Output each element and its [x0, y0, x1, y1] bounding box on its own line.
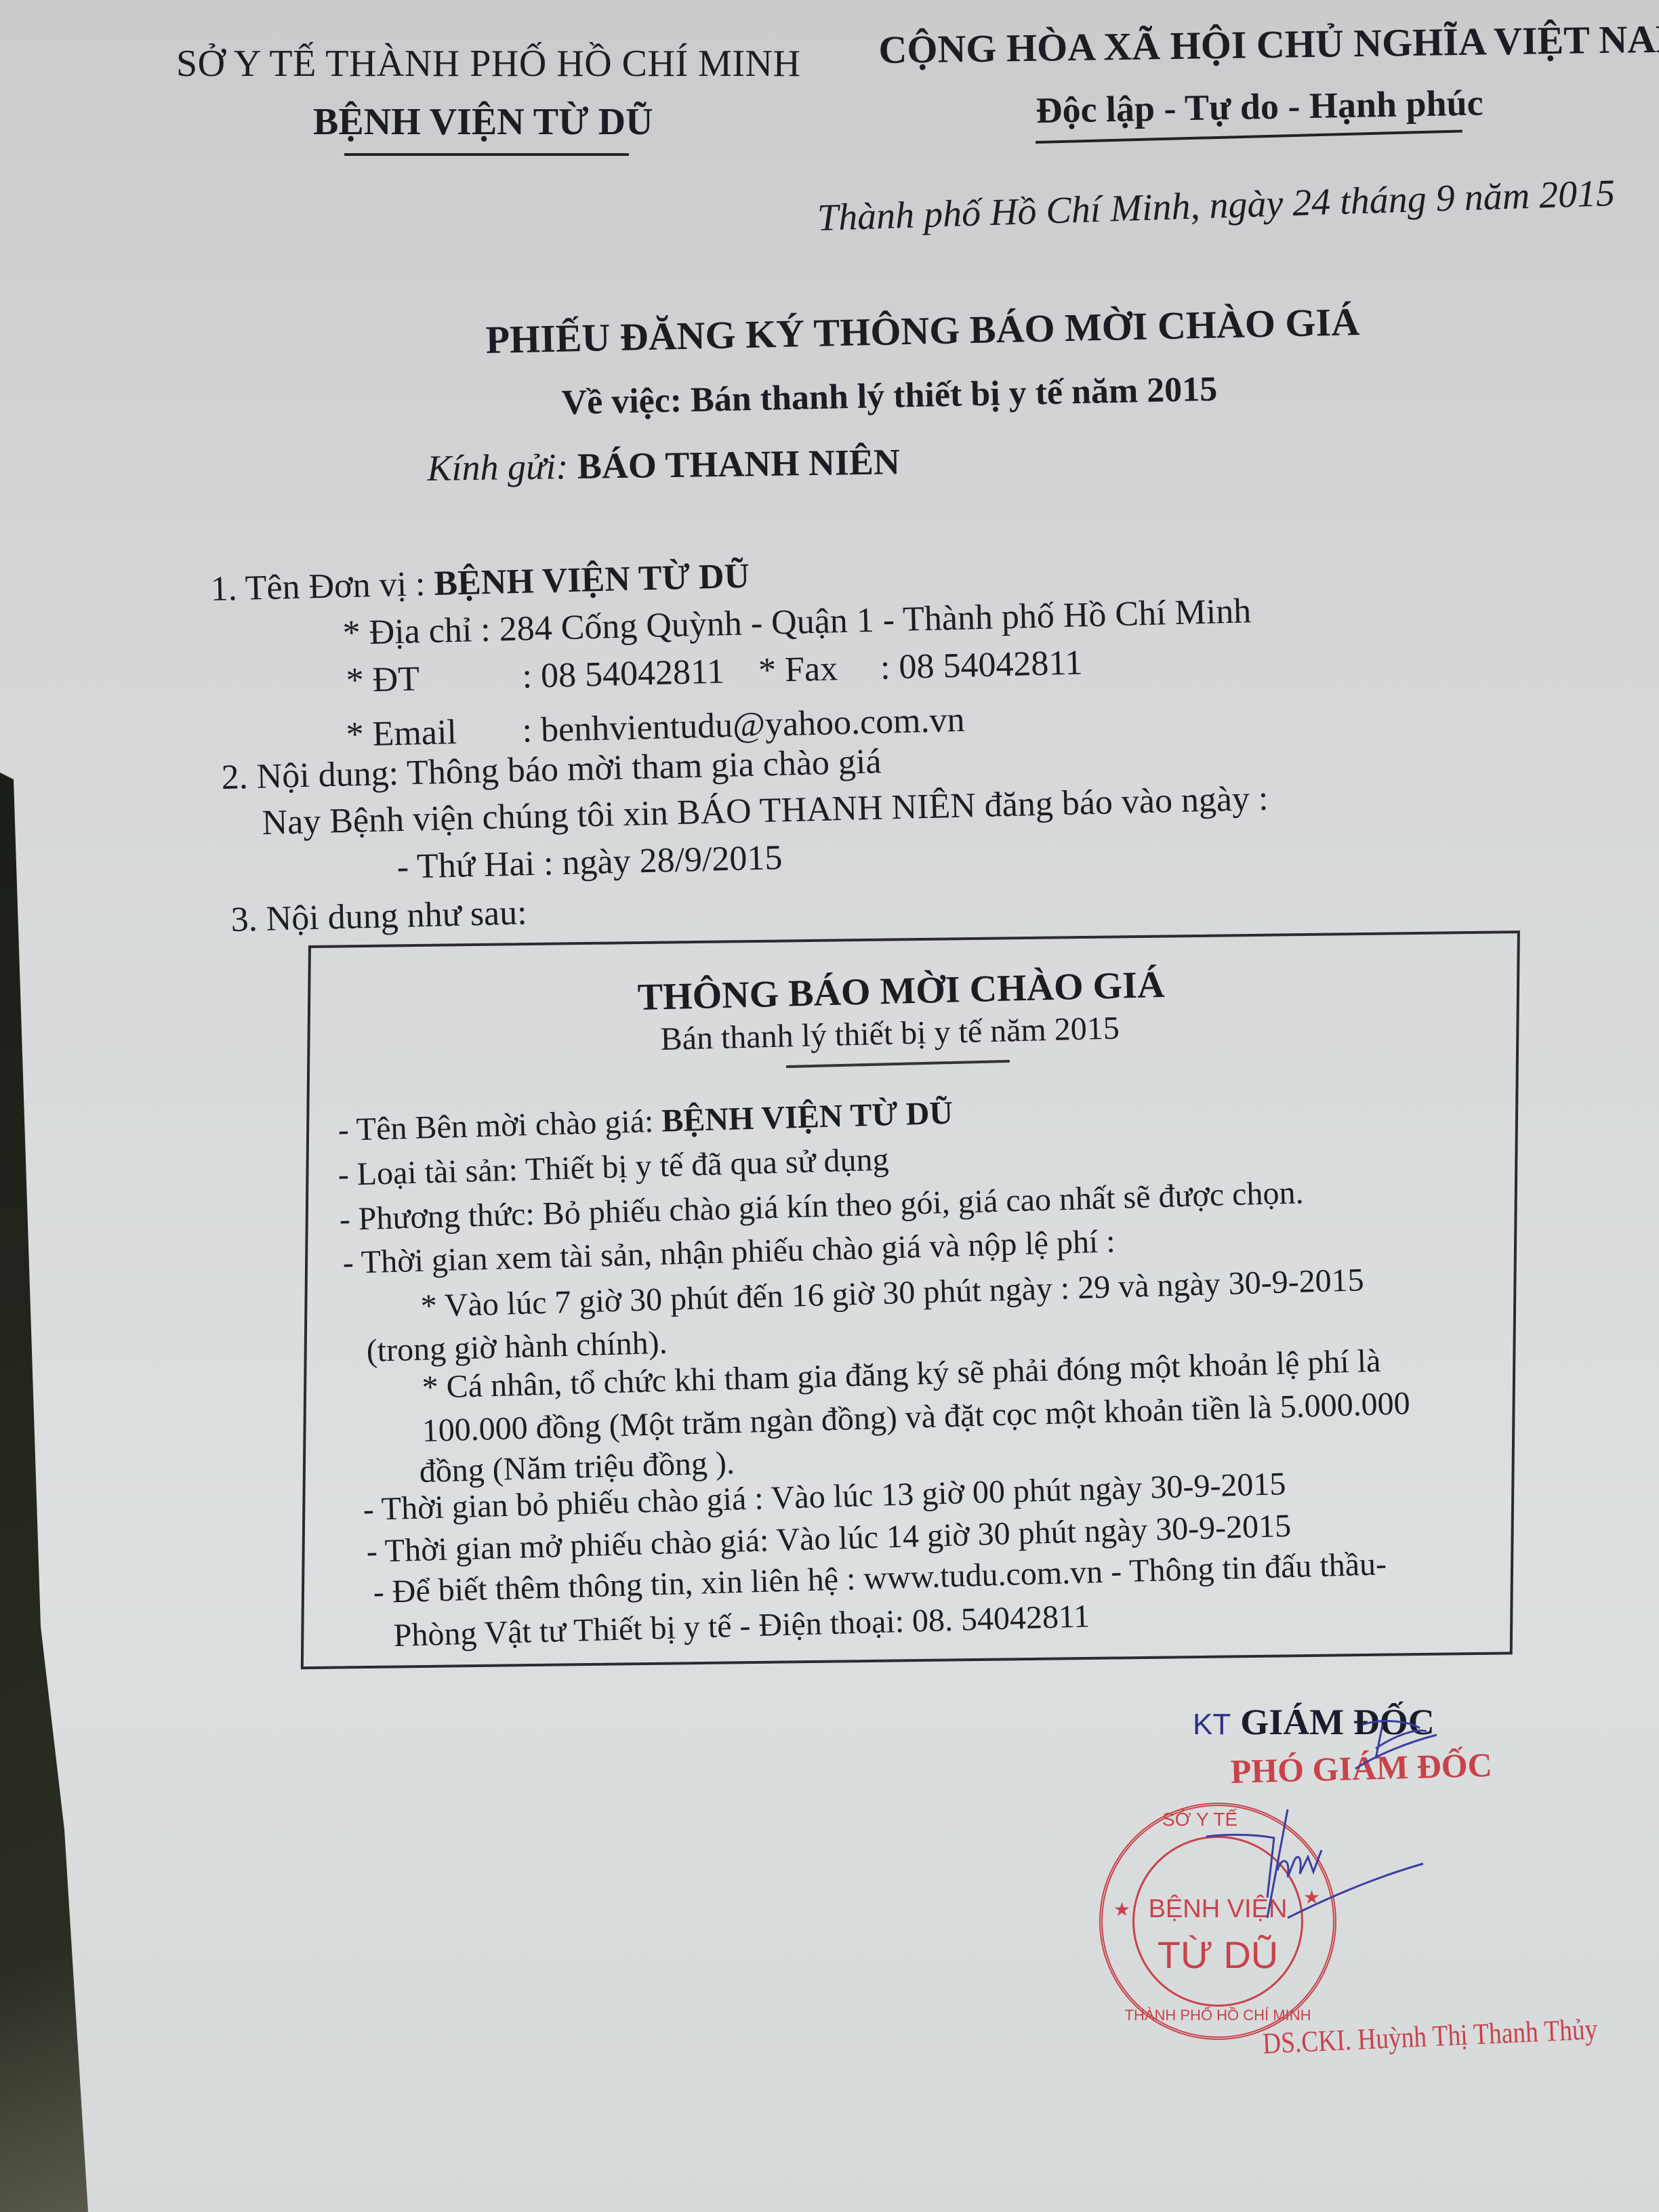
official-stamp: BỆNH VIỆN TỪ DŨ SỞ Y TẾ THÀNH PHỐ HỒ CHÍ… — [1099, 1803, 1336, 2040]
stamp-inner-ring: BỆNH VIỆN TỪ DŨ — [1132, 1836, 1303, 2007]
section3-label: 3. Nội dung như sau: — [230, 893, 527, 940]
form-title: PHIẾU ĐĂNG KÝ THÔNG BÁO MỜI CHÀO GIÁ — [485, 299, 1360, 363]
stamp-star-icon: ★ — [1113, 1898, 1130, 1921]
recipient-label: Kính gửi: — [427, 446, 569, 489]
fax-label: * Fax — [758, 648, 880, 691]
organization-name: BỆNH VIỆN TỪ DŨ — [313, 100, 653, 144]
recipient: Kính gửi: BÁO THANH NIÊN — [427, 441, 900, 489]
recipient-name: BÁO THANH NIÊN — [577, 441, 900, 487]
motto-underline — [1036, 130, 1462, 144]
director-title: GIÁM ĐỐC — [1240, 1702, 1434, 1742]
phone-fax-line: * ĐT: 08 54042811 * Fax: 08 54042811 — [346, 642, 1083, 701]
document-page: SỞ Y TẾ THÀNH PHỐ HỒ CHÍ MINH BỆNH VIỆN … — [0, 0, 1659, 2212]
document-date: Thành phố Hồ Chí Minh, ngày 24 tháng 9 n… — [817, 171, 1616, 240]
phone-value: : 08 54042811 — [522, 652, 725, 695]
unit-name: BỆNH VIỆN TỪ DŨ — [434, 557, 750, 603]
national-motto: Độc lập - Tự do - Hạnh phúc — [1036, 81, 1483, 131]
deputy-director-title: PHÓ GIÁM ĐỐC — [1230, 1745, 1492, 1791]
organization-underline — [344, 153, 629, 156]
inviter-name: BỆNH VIỆN TỪ DŨ — [661, 1095, 954, 1139]
form-subject: Về việc: Bán thanh lý thiết bị y tế năm … — [561, 369, 1218, 423]
stamp-center-line-2: TỪ DŨ — [1134, 1933, 1301, 1977]
unit-name-line: 1. Tên Đơn vị : BỆNH VIỆN TỪ DŨ — [210, 556, 750, 609]
stamp-star-icon: ★ — [1303, 1886, 1320, 1909]
unit-label: 1. Tên Đơn vị : — [210, 565, 434, 609]
fax-value: : 08 54042811 — [880, 643, 1083, 687]
email-value: : benhvientudu@yahoo.com.vn — [522, 701, 965, 750]
phone-label: * ĐT — [346, 657, 523, 701]
nation-name: CỘNG HÒA XÃ HỘI CHỦ NGHĨA VIỆT NAM — [878, 16, 1659, 73]
kt-mark: KT — [1193, 1708, 1231, 1741]
stamp-top-ring-text: SỞ Y TẾ — [1162, 1809, 1237, 1830]
stamp-bottom-ring-text: THÀNH PHỐ HỒ CHÍ MINH — [1109, 2007, 1326, 2024]
department-name: SỞ Y TẾ THÀNH PHỐ HỒ CHÍ MINH — [176, 42, 800, 85]
content-label: 2. Nội dung: Thông báo mời tham gia chào… — [221, 741, 882, 798]
publish-date: - Thứ Hai : ngày 28/9/2015 — [396, 838, 783, 887]
signature-title: KTGIÁM ĐỐC — [1193, 1701, 1435, 1743]
stamp-center-line-1: BỆNH VIỆN — [1134, 1895, 1301, 1924]
email-label: * Email — [346, 711, 523, 755]
